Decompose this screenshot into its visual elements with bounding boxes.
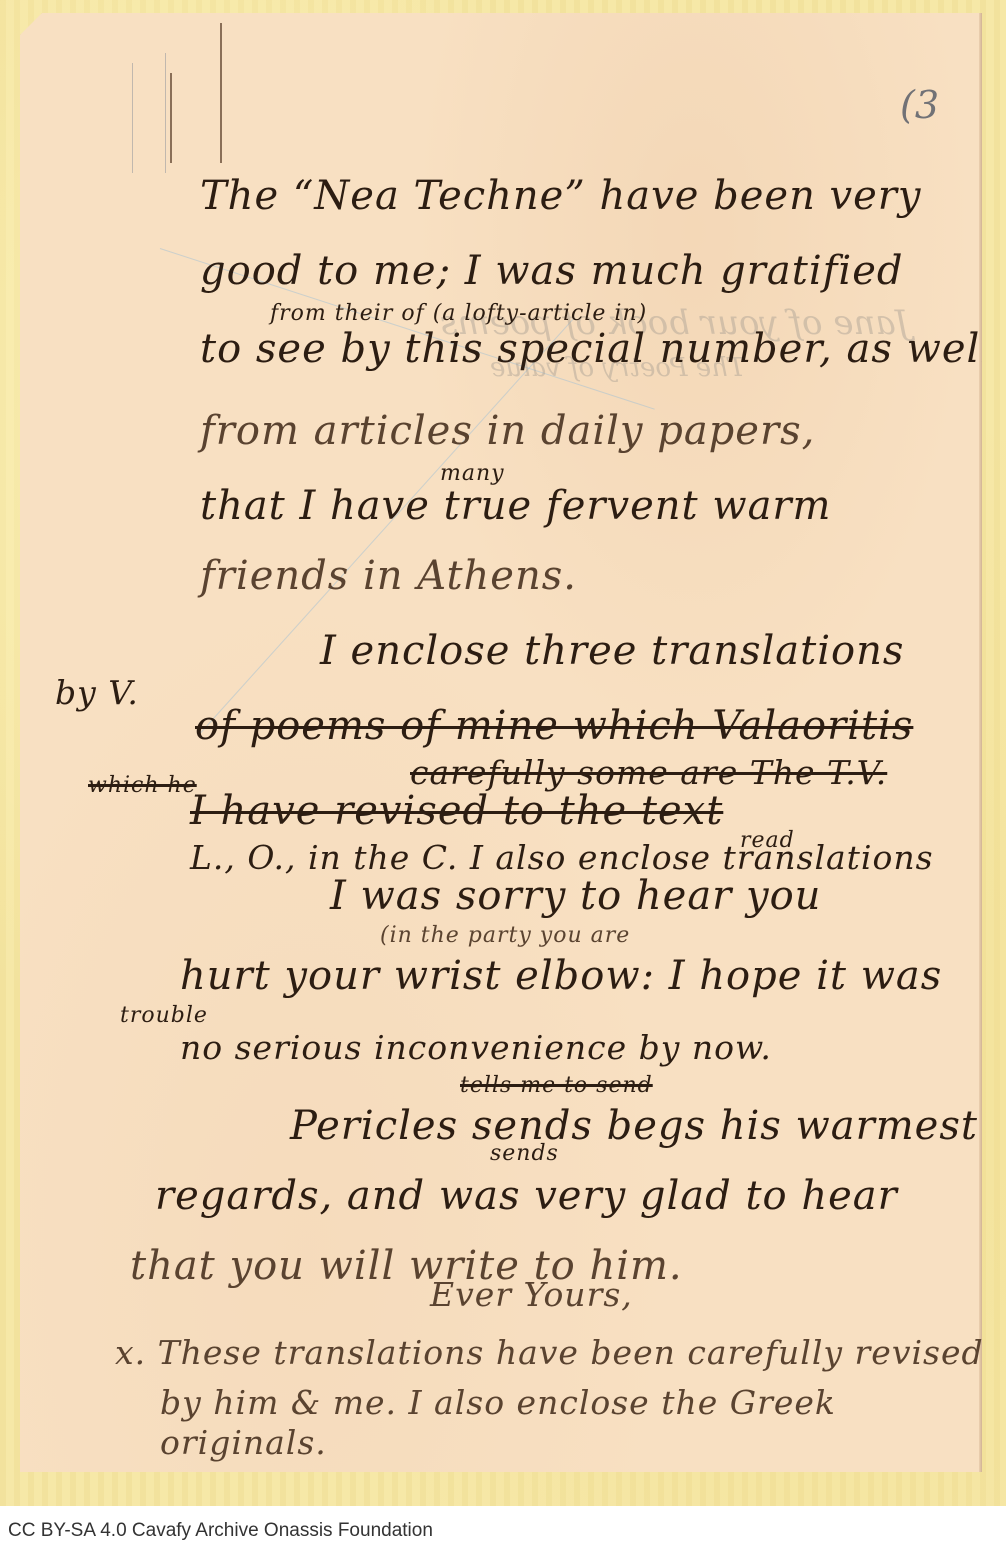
manuscript-line: that I have true fervent warm xyxy=(200,483,831,529)
manuscript-line: carefully some are The T.V. xyxy=(410,753,887,792)
paper-edge xyxy=(979,13,982,1472)
manuscript-insertion: read xyxy=(740,828,795,853)
margin-note: which he xyxy=(88,773,197,798)
manuscript-insertion: from their of (a lofty-article in) xyxy=(270,301,647,326)
page-number: (3 xyxy=(900,83,939,127)
manuscript-insertion: sends xyxy=(490,1141,559,1166)
manuscript-line: Pericles sends begs his warmest xyxy=(290,1103,978,1149)
fold-mark xyxy=(165,53,166,173)
manuscript-line: I have revised to the text xyxy=(190,788,723,834)
license-credit: CC BY-SA 4.0 Cavafy Archive Onassis Foun… xyxy=(8,1520,433,1542)
closing: Ever Yours, xyxy=(430,1275,633,1314)
margin-note: trouble xyxy=(120,1003,208,1028)
manuscript-line: good to me; I was much gratified xyxy=(200,248,903,294)
manuscript-page: Jane of your book of poems The Poetry of… xyxy=(20,13,982,1472)
fold-mark xyxy=(220,23,222,163)
manuscript-line: I enclose three translations xyxy=(320,628,904,674)
fold-mark xyxy=(170,73,172,163)
fold-mark xyxy=(132,63,133,173)
margin-note: by V. xyxy=(55,673,139,712)
credit-bar: CC BY-SA 4.0 Cavafy Archive Onassis Foun… xyxy=(0,1506,1006,1555)
scan-background: Jane of your book of poems The Poetry of… xyxy=(0,0,1006,1506)
manuscript-line: from articles in daily papers, xyxy=(200,408,815,454)
manuscript-line: The “Nea Techne” have been very xyxy=(200,173,922,219)
footnote-line: originals. xyxy=(160,1423,327,1462)
manuscript-line: to see by this special number, as well a… xyxy=(200,326,1006,372)
manuscript-line: L., O., in the C. I also enclose transla… xyxy=(190,838,934,877)
manuscript-line: hurt your wrist elbow: I hope it was xyxy=(180,953,942,999)
manuscript-line: no serious inconvenience by now. xyxy=(180,1028,772,1067)
footnote-line: x. These translations have been carefull… xyxy=(115,1333,984,1372)
manuscript-line: I was sorry to hear you xyxy=(330,873,821,919)
manuscript-line: regards, and was very glad to hear xyxy=(155,1173,898,1219)
manuscript-insertion: tells me to send xyxy=(460,1073,653,1098)
footnote-line: by him & me. I also enclose the Greek xyxy=(160,1383,836,1422)
manuscript-line: friends in Athens. xyxy=(200,553,577,599)
manuscript-insertion: (in the party you are xyxy=(380,923,630,948)
manuscript-line: of poems of mine which Valaoritis xyxy=(195,703,913,749)
